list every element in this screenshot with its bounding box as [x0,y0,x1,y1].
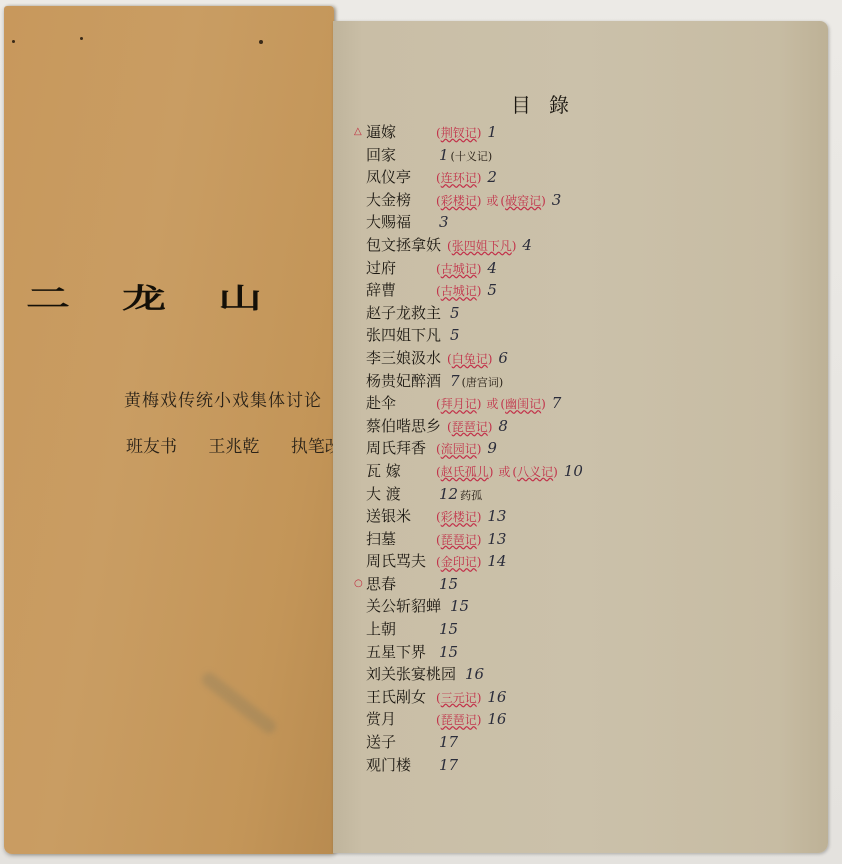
entry-title: 赴伞 [366,392,430,415]
entry-title: 逼嫁 [366,121,430,144]
paper-speck [259,40,263,44]
entry-page-number: 5 [450,304,460,322]
toc-entry: 回家1(十义记) [366,144,583,167]
entry-page-number: 17 [439,756,458,774]
entry-note: 药孤 [460,489,482,502]
entry-page-number: 1 [487,123,497,141]
entry-page-number: 15 [439,643,458,661]
entry-title: 杨贵妃醉酒 [366,370,441,393]
toc-entry: 关公斩貂蝉15 [366,595,583,618]
toc-entry: 上朝15 [366,618,583,641]
entry-source: (琵琶记) [447,420,492,434]
entry-source: (琵琶记) [436,533,481,547]
entry-title: 过府 [366,257,430,280]
entry-title: 大 渡 [366,483,430,506]
entry-title: 包文拯拿妖 [366,234,441,257]
entry-source: (荆钗记) [436,126,481,140]
paper-speck [12,40,15,43]
entry-page-number: 5 [487,281,497,299]
entry-page-number: 16 [487,688,506,706]
entry-title: 张四姐下凡 [366,324,441,347]
entry-title: 赏月 [366,708,430,731]
toc-entry: 过府(古城记)4 [366,257,583,280]
entry-page-number: 17 [439,733,458,751]
entry-title: 关公斩貂蝉 [366,595,441,618]
entry-marker: △ [354,121,362,144]
entry-source: (彩楼记) [436,194,481,208]
entry-page-number: 3 [552,191,562,209]
toc-entry: 扫墓(琵琶记)13 [366,528,583,551]
entry-source: (古城记) [436,284,481,298]
entry-title: 扫墓 [366,528,430,551]
entry-alt-source: (破窑记) [500,194,545,208]
entry-title: 周氏骂夫 [366,550,430,573]
toc-entry: 刘关张宴桃园16 [366,663,583,686]
entry-page-number: 10 [564,462,583,480]
toc-entry: 五星下界15 [366,641,583,664]
entry-title: 回家 [366,144,430,167]
left-cover-page: 二龙山 黄梅戏传统小戏集体讨论 班友书 王兆乾 执笔改编 [4,6,334,854]
toc-entry: 赴伞(拜月记)或(幽闺记)7 [366,392,583,415]
entry-source: (古城记) [436,262,481,276]
entry-note: (十义记) [451,150,493,163]
entry-source: (彩楼记) [436,510,481,524]
entry-or: 或 [486,194,498,208]
entry-title: 上朝 [366,618,430,641]
entry-title: 刘关张宴桃园 [366,663,456,686]
entry-page-number: 15 [439,575,458,593]
toc-heading: 目錄 [511,89,587,118]
toc-entry: 辞曹(古城记)5 [366,279,583,302]
toc-entry: 赵子龙救主5 [366,302,583,325]
toc-entry: 赏月(琵琶记)16 [366,708,583,731]
entry-source: (拜月记) [436,397,481,411]
entry-page-number: 13 [487,507,506,525]
entry-page-number: 6 [498,349,508,367]
toc-entry: 杨贵妃醉酒7(唐宫词) [366,370,583,393]
toc-entry: 大赐福3 [366,211,583,234]
entry-title: 李三娘汲水 [366,347,441,370]
entry-title: 辞曹 [366,279,430,302]
toc-entry: 张四姐下凡5 [366,324,583,347]
paper-speck [80,37,83,40]
entry-alt-source: (八义记) [512,465,557,479]
author-name: 班友书 [126,437,177,457]
toc-entry: 瓦 嫁(赵氏孤儿)或(八义记)10 [366,460,583,483]
toc-entry: 观门楼17 [366,754,583,777]
toc-entry: 大金榜(彩楼记)或(破窑记)3 [366,189,583,212]
entry-page-number: 7 [552,394,562,412]
toc-entry: 王氏剐女(三元记)16 [366,686,583,709]
entry-page-number: 4 [522,236,532,254]
entry-page-number: 15 [450,597,469,615]
entry-title: 凤仪亭 [366,166,430,189]
entry-title: 瓦 嫁 [366,460,430,483]
entry-page-number: 14 [487,552,506,570]
entry-title: 王氏剐女 [366,686,430,709]
entry-title: 蔡伯喈思乡 [366,415,441,438]
entry-title: 赵子龙救主 [366,302,441,325]
entry-title: 思春 [366,573,430,596]
toc-entry: 包文拯拿妖(张四姐下凡)4 [366,234,583,257]
toc-list: △逼嫁(荆钗记)1回家1(十义记)凤仪亭(连环记)2大金榜(彩楼记)或(破窑记)… [366,121,583,776]
toc-entry: 大 渡12药孤 [366,483,583,506]
entry-page-number: 8 [498,417,508,435]
entry-title: 周氏拜香 [366,437,430,460]
entry-source: (连环记) [436,171,481,185]
entry-source: (流园记) [436,442,481,456]
entry-page-number: 4 [487,259,497,277]
entry-or: 或 [498,465,510,479]
entry-page-number: 3 [439,213,449,231]
entry-title: 大金榜 [366,189,430,212]
entry-alt-source: (幽闺记) [500,397,545,411]
author-name: 王兆乾 [208,437,259,457]
toc-entry: 蔡伯喈思乡(琵琶记)8 [366,415,583,438]
entry-source: (琵琶记) [436,713,481,727]
entry-page-number: 1 [439,146,449,164]
entry-or: 或 [486,397,498,411]
entry-page-number: 5 [450,326,460,344]
entry-source: (赵氏孤儿) [436,465,493,479]
toc-entry: 李三娘汲水(白兔记)6 [366,347,583,370]
toc-entry: 送子17 [366,731,583,754]
entry-page-number: 12 [439,485,458,503]
entry-title: 观门楼 [366,754,430,777]
cover-title: 二龙山 [26,276,326,316]
entry-page-number: 16 [487,710,506,728]
entry-source: (张四姐下凡) [447,239,516,253]
toc-entry: 周氏骂夫(金印记)14 [366,550,583,573]
entry-page-number: 15 [439,620,458,638]
entry-title: 送银米 [366,505,430,528]
toc-entry: ○思春15 [366,573,583,596]
entry-source: (白兔记) [447,352,492,366]
toc-entry: 送银米(彩楼记)13 [366,505,583,528]
entry-page-number: 7 [450,372,460,390]
entry-marker: ○ [354,573,363,596]
entry-page-number: 9 [487,439,497,457]
entry-title: 大赐福 [366,211,430,234]
table-of-contents-page: 目錄 △逼嫁(荆钗记)1回家1(十义记)凤仪亭(连环记)2大金榜(彩楼记)或(破… [333,21,828,853]
toc-entry: 周氏拜香(流园记)9 [366,437,583,460]
cover-subtitle: 黄梅戏传统小戏集体讨论 [124,386,322,411]
toc-entry: 凤仪亭(连环记)2 [366,166,583,189]
entry-source: (三元记) [436,691,481,705]
entry-title: 五星下界 [366,641,430,664]
entry-page-number: 16 [465,665,484,683]
entry-page-number: 2 [487,168,497,186]
entry-title: 送子 [366,731,430,754]
entry-source: (金印记) [436,555,481,569]
entry-note: (唐宫词) [462,376,504,389]
entry-page-number: 13 [487,530,506,548]
toc-entry: △逼嫁(荆钗记)1 [366,121,583,144]
